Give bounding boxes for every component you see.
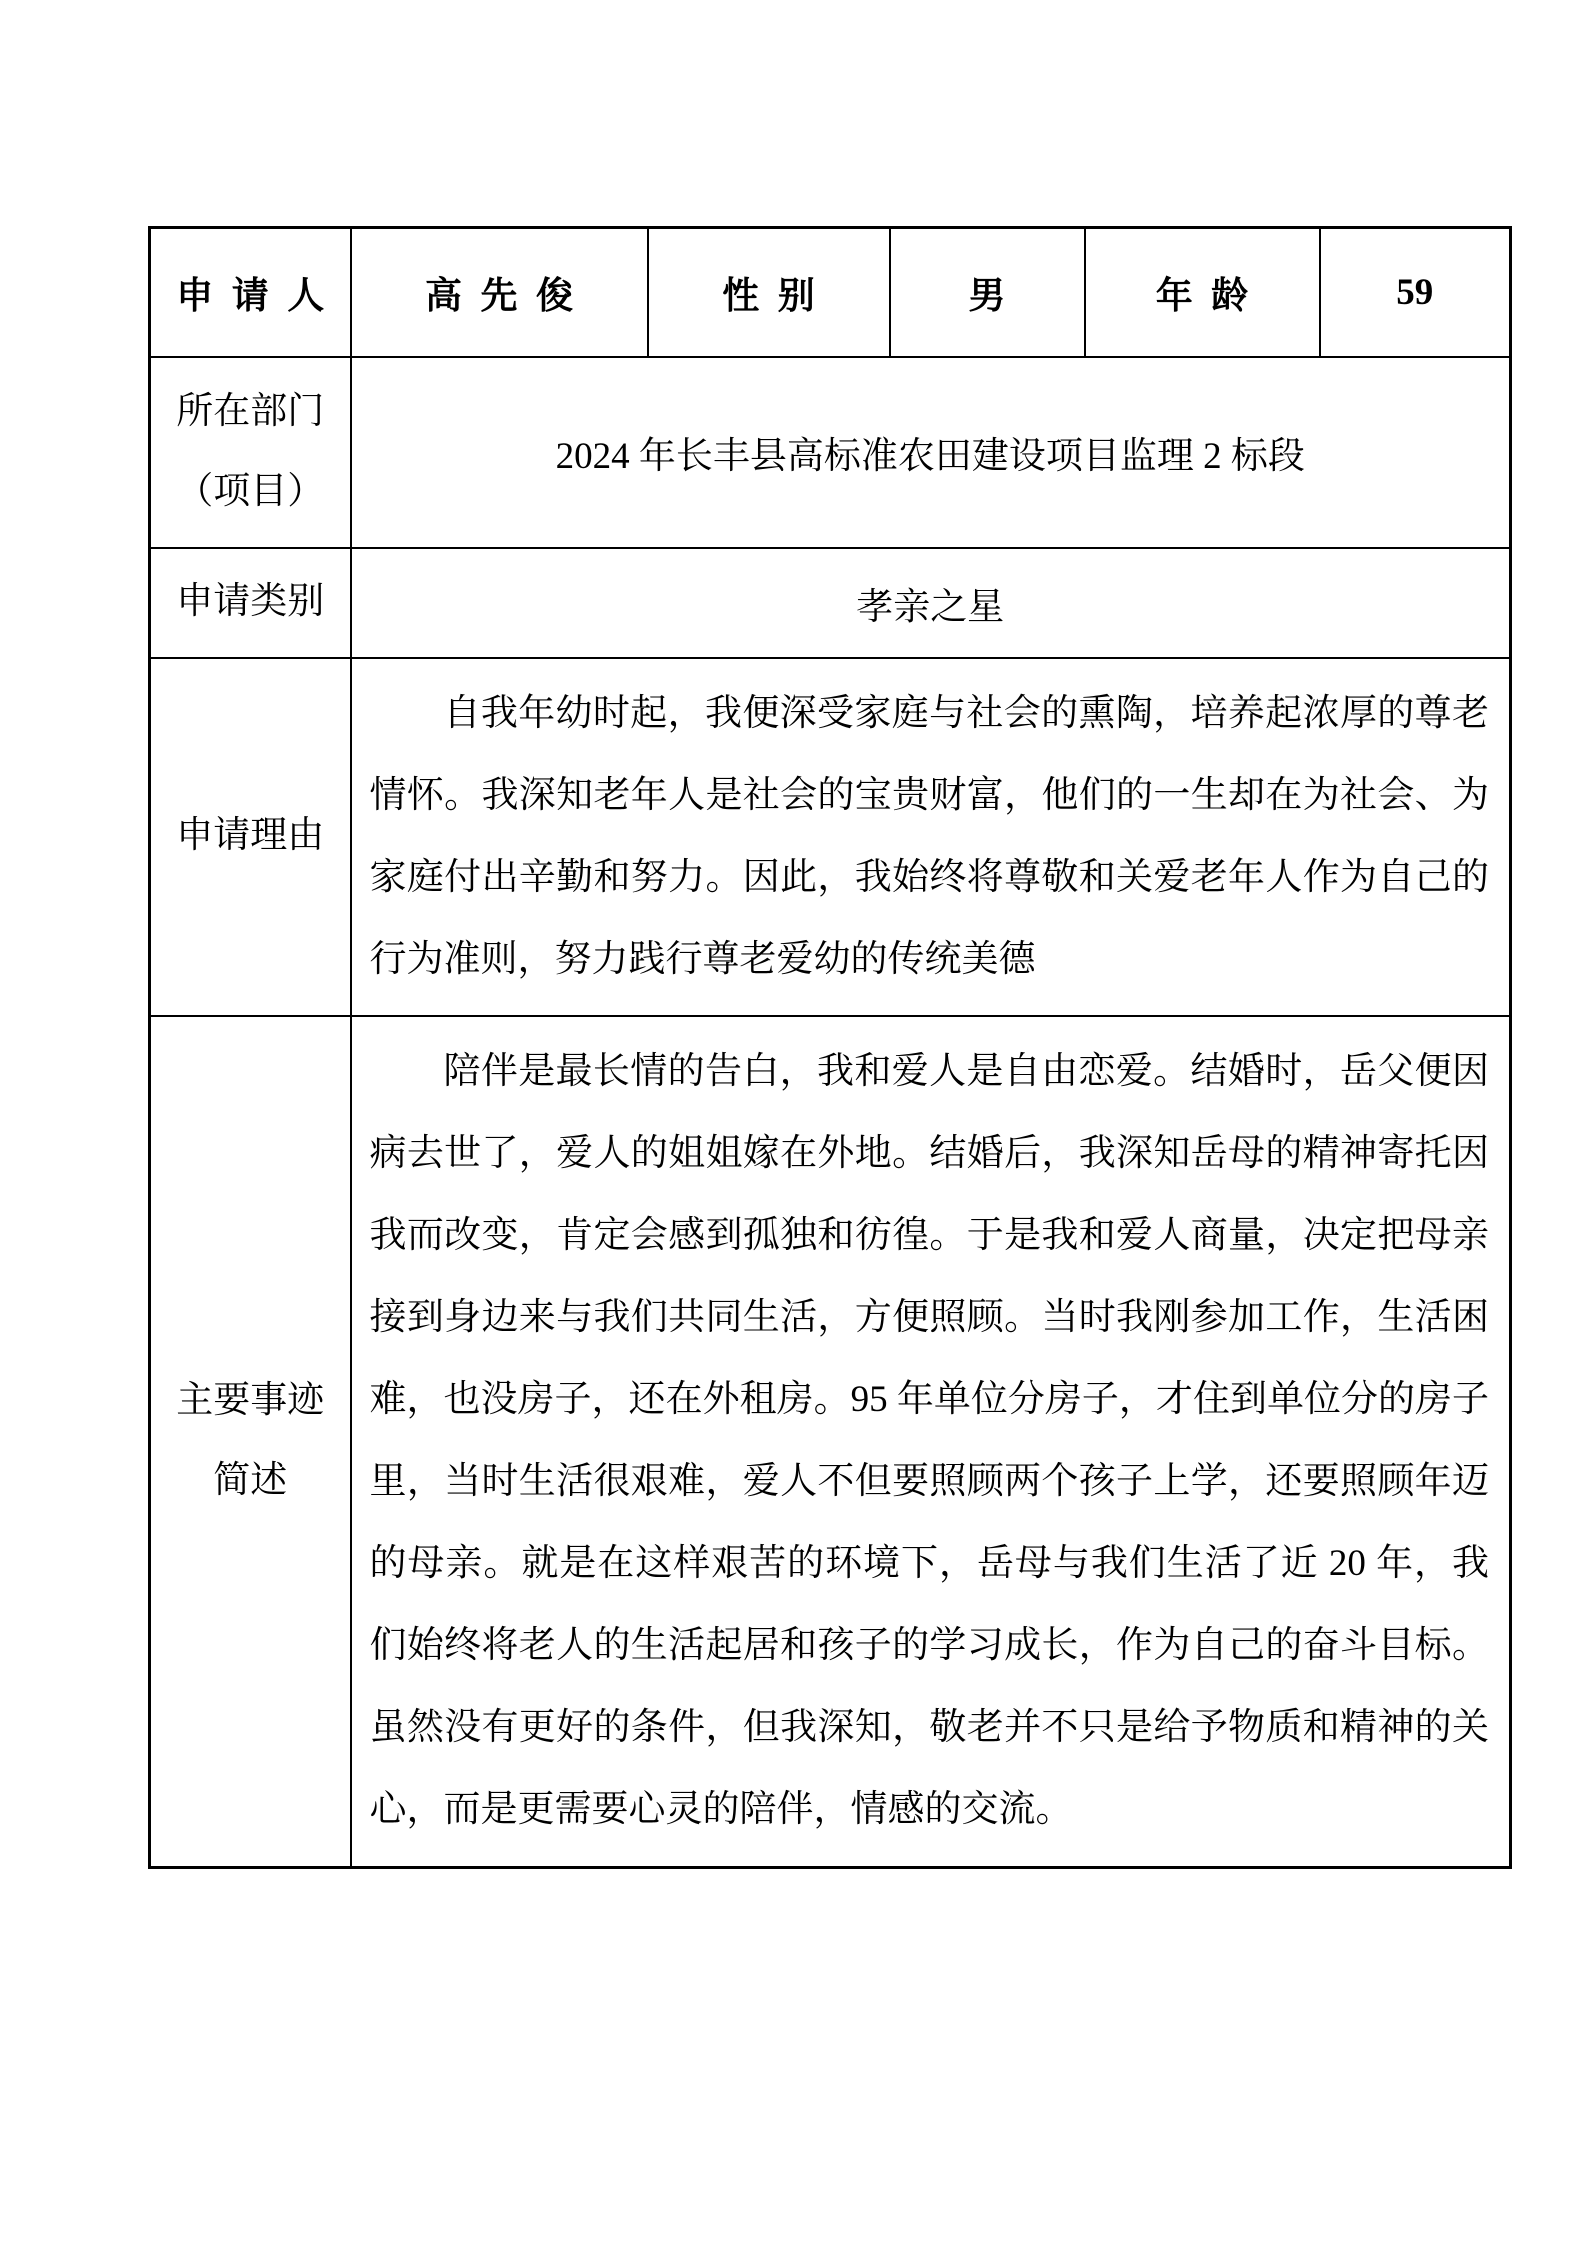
table-row-applicant: 申请人 高先俊 性别 男 年龄 59 <box>150 228 1511 357</box>
department-value: 2024 年长丰县高标准农田建设项目监理 2 标段 <box>351 357 1511 548</box>
reason-paragraph: 自我年幼时起，我便深受家庭与社会的熏陶，培养起浓厚的尊老情怀。我深知老年人是社会… <box>370 673 1490 1001</box>
reason-label: 申请理由 <box>150 658 351 1016</box>
application-form-table: 申请人 高先俊 性别 男 年龄 59 所在部门 （项目） 2024 年长丰县高标… <box>148 226 1512 1869</box>
table-row-category: 申请类别 孝亲之星 <box>150 548 1511 658</box>
deeds-label-line2: 简述 <box>213 1460 287 1501</box>
deeds-label: 主要事迹 简述 <box>150 1016 351 1868</box>
deeds-text: 陪伴是最长情的告白，我和爱人是自由恋爱。结婚时，岳父便因病去世了，爱人的姐姐嫁在… <box>351 1016 1511 1868</box>
deeds-label-line1: 主要事迹 <box>176 1380 324 1421</box>
gender-value: 男 <box>890 228 1085 357</box>
table-row-department: 所在部门 （项目） 2024 年长丰县高标准农田建设项目监理 2 标段 <box>150 357 1511 548</box>
age-value: 59 <box>1320 228 1511 357</box>
deeds-paragraph: 陪伴是最长情的告白，我和爱人是自由恋爱。结婚时，岳父便因病去世了，爱人的姐姐嫁在… <box>370 1031 1490 1851</box>
department-label: 所在部门 （项目） <box>150 357 351 548</box>
document-page: 申请人 高先俊 性别 男 年龄 59 所在部门 （项目） 2024 年长丰县高标… <box>0 0 1587 2245</box>
category-label: 申请类别 <box>150 548 351 658</box>
applicant-label: 申请人 <box>150 228 351 357</box>
table-row-reason: 申请理由 自我年幼时起，我便深受家庭与社会的熏陶，培养起浓厚的尊老情怀。我深知老… <box>150 658 1511 1016</box>
department-label-line1: 所在部门 <box>176 391 324 432</box>
category-value: 孝亲之星 <box>351 548 1511 658</box>
age-label: 年龄 <box>1085 228 1320 357</box>
table-row-deeds: 主要事迹 简述 陪伴是最长情的告白，我和爱人是自由恋爱。结婚时，岳父便因病去世了… <box>150 1016 1511 1868</box>
gender-label: 性别 <box>648 228 890 357</box>
department-label-line2: （项目） <box>176 471 324 512</box>
applicant-value: 高先俊 <box>351 228 648 357</box>
reason-text: 自我年幼时起，我便深受家庭与社会的熏陶，培养起浓厚的尊老情怀。我深知老年人是社会… <box>351 658 1511 1016</box>
